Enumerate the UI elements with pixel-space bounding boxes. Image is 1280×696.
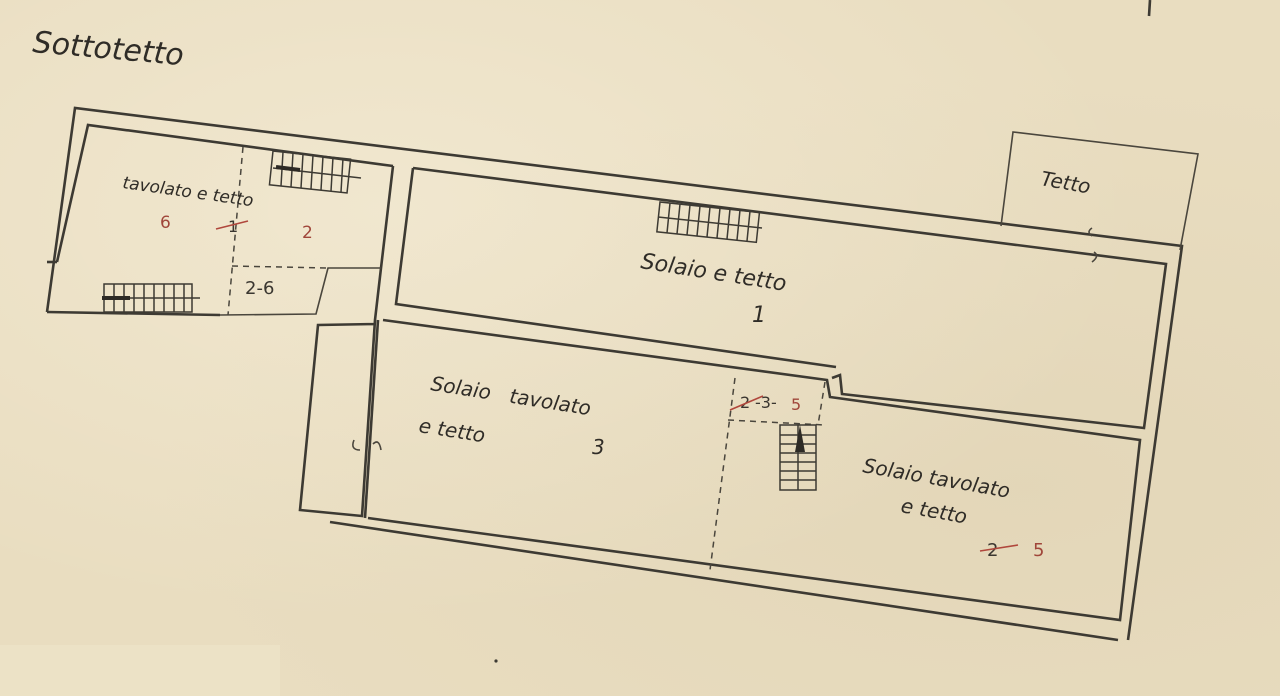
central-wall bbox=[300, 166, 1140, 640]
roof-label: Tetto bbox=[1039, 166, 1092, 198]
room-6-number: 6 bbox=[160, 213, 171, 233]
room-2-number: 2 bbox=[302, 223, 313, 243]
roof-box bbox=[1001, 132, 1198, 250]
room-1-number: 1 bbox=[752, 303, 766, 328]
landing-red-number: 5 bbox=[791, 395, 801, 414]
room-5-struck-number: 2 bbox=[987, 540, 998, 561]
stair-icon-bottom-left bbox=[102, 284, 200, 312]
drawing-title: Sottotetto bbox=[31, 25, 185, 73]
room-3-label-line1: Solaio tavolato bbox=[429, 371, 592, 420]
room-2-6-label: 2-6 bbox=[245, 278, 274, 299]
edge-mark bbox=[1149, 0, 1150, 16]
landing-mid-label: -3- bbox=[755, 393, 777, 412]
strike-mark bbox=[980, 545, 1018, 551]
stair-icon-room-1 bbox=[657, 202, 762, 242]
room-6-2-label: tavolato e tetto bbox=[121, 173, 254, 211]
room-3-number: 3 bbox=[592, 435, 605, 459]
stair-icon-top-left bbox=[269, 151, 361, 193]
room-3-label-line2: e tetto bbox=[417, 413, 487, 447]
stray-dot bbox=[494, 659, 497, 662]
stair-icon-landing bbox=[780, 425, 816, 490]
room-6-2-struck-number: 1 bbox=[228, 217, 238, 236]
floor-plan: Sottotetto bbox=[0, 0, 1280, 696]
room-5-label-line1: Solaio tavolato bbox=[861, 453, 1012, 503]
room-5-number: 5 bbox=[1033, 540, 1044, 561]
room-5-label-line2: e tetto bbox=[899, 493, 969, 528]
room-1-label: Solaio e tetto bbox=[639, 249, 788, 297]
